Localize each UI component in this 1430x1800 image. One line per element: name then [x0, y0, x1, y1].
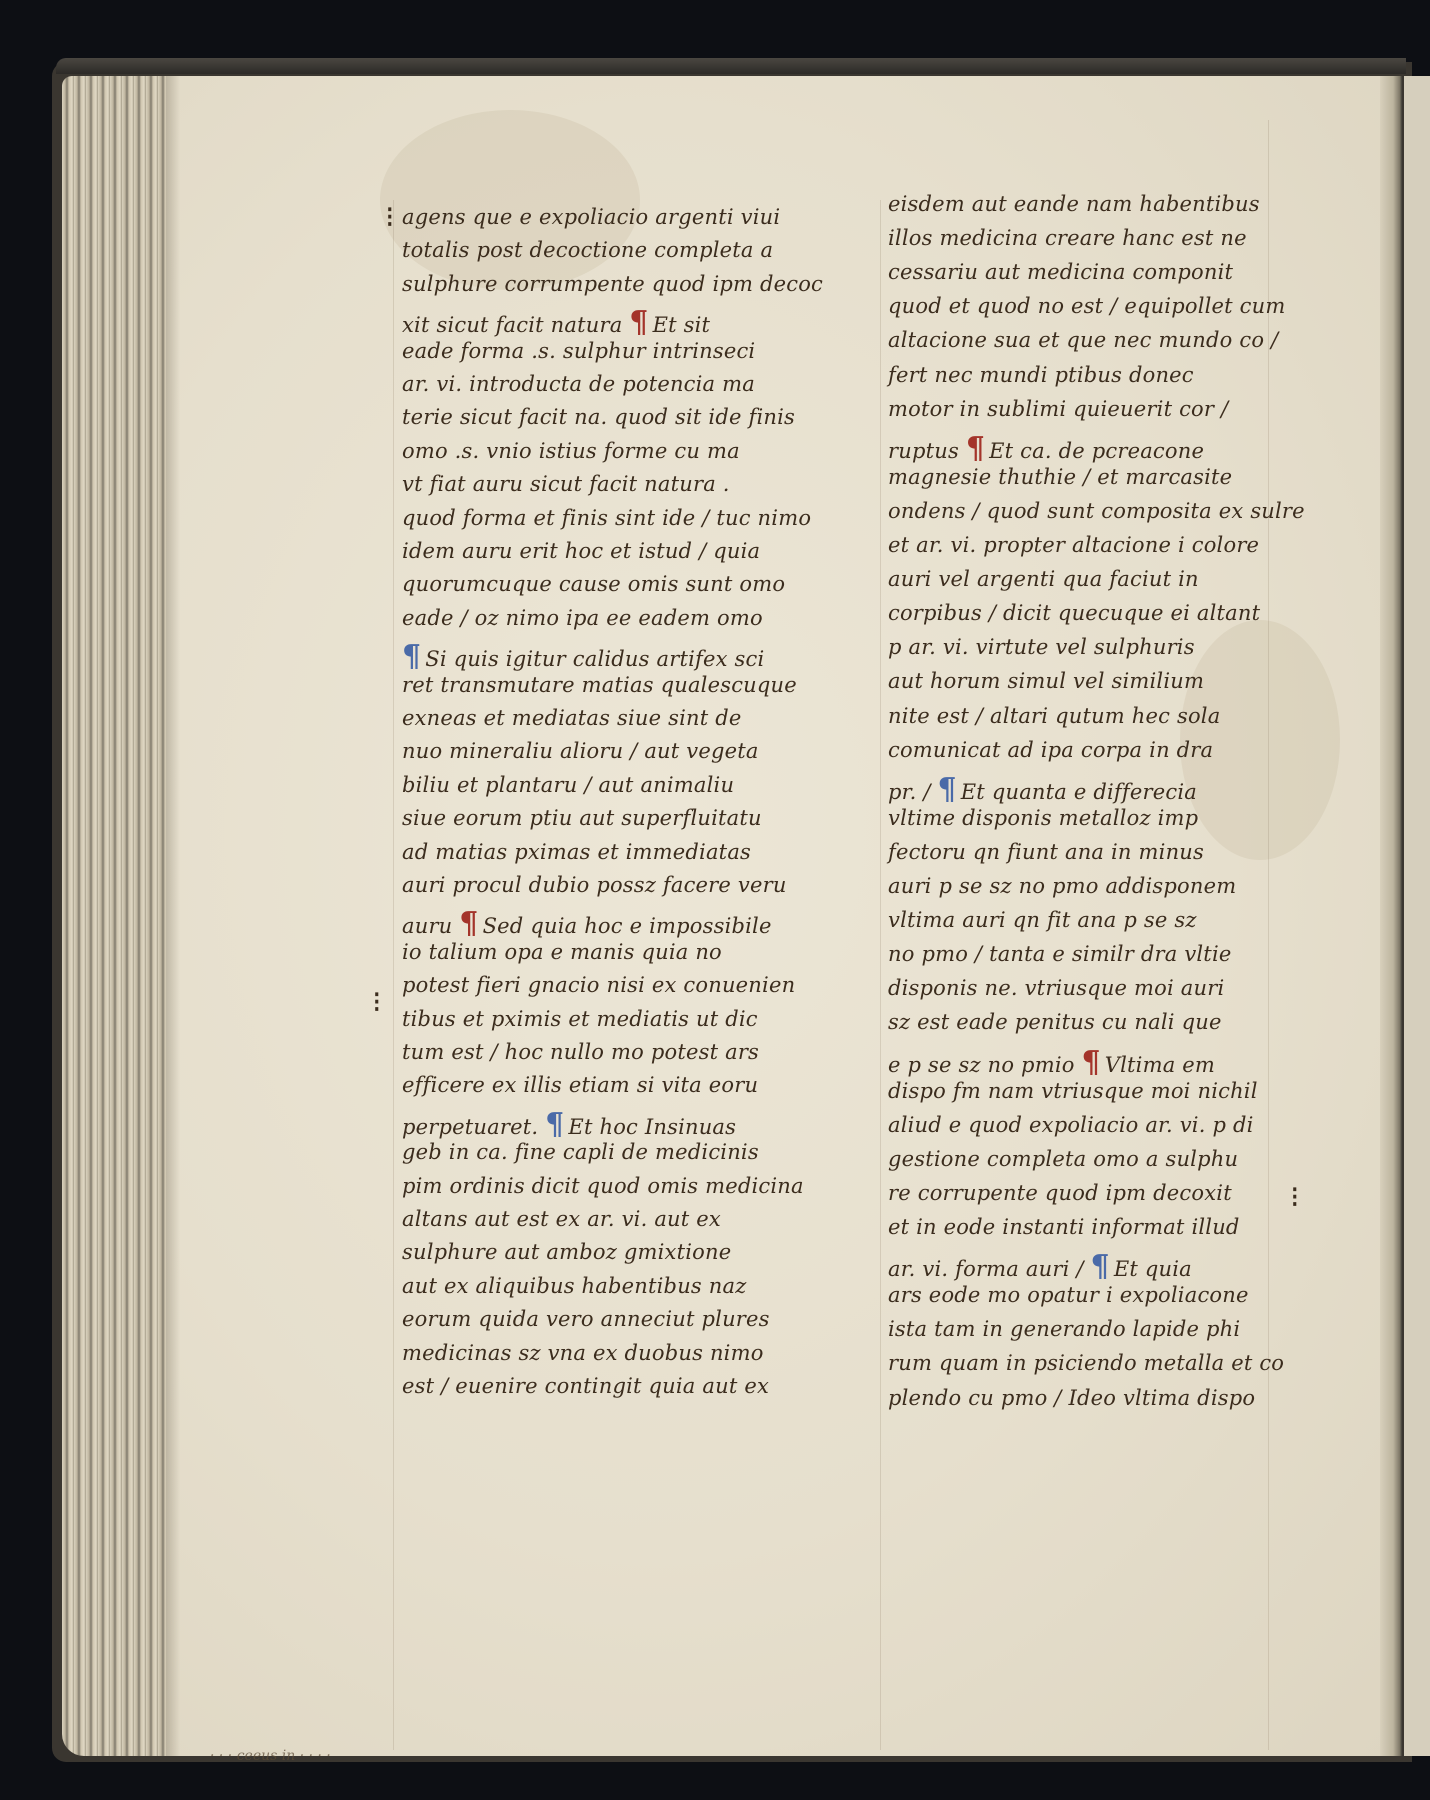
line-text: tum est / hoc nullo mo potest ars	[402, 1040, 759, 1064]
line-text: eisdem aut eande nam habentibus	[888, 192, 1260, 216]
line-text: sulphure aut amboz gmixtione	[402, 1240, 731, 1264]
line-text: efficere ex illis etiam si vita eoru	[402, 1073, 758, 1097]
line-text: altacione sua et que nec mundo co /	[888, 328, 1278, 352]
line-text: illos medicina creare hanc est ne	[888, 226, 1247, 250]
manuscript-line: pim ordinis dicit quod omis medicina	[402, 1174, 804, 1198]
manuscript-line: ad matias pximas et immediatas	[402, 840, 751, 864]
manuscript-line: tibus et pximis et mediatis ut dic	[402, 1007, 758, 1031]
line-text: ista tam in generando lapide phi	[888, 1317, 1240, 1341]
manuscript-line: biliu et plantaru / aut animaliu	[402, 773, 734, 797]
manuscript-line: pr. / ¶Et quanta e differecia	[888, 772, 1197, 807]
manuscript-line: aut ex aliquibus habentibus naz	[402, 1274, 747, 1298]
manuscript-line: auru ¶Sed quia hoc e impossibile	[402, 906, 772, 941]
manuscript-line: efficere ex illis etiam si vita eoru	[402, 1073, 758, 1097]
margin-mark-icon: ⁝	[385, 200, 395, 235]
line-text: disponis ne. vtriusque moi auri	[888, 976, 1224, 1000]
line-text: et ar. vi. propter altacione i colore	[888, 533, 1259, 557]
manuscript-line: potest fieri gnacio nisi ex conuenien	[402, 973, 795, 997]
line-text: comunicat ad ipa corpa in dra	[888, 738, 1213, 762]
line-text: corpibus / dicit quecuque ei altant	[888, 601, 1260, 625]
line-text: auri p se sz no pmo addisponem	[888, 874, 1236, 898]
manuscript-line: aliud e quod expoliacio ar. vi. p di	[888, 1113, 1254, 1137]
line-text: ondens / quod sunt composita ex sulre	[888, 499, 1305, 523]
ruling-line	[1268, 120, 1269, 1750]
line-text: quod forma et finis sint ide / tuc nimo	[402, 506, 811, 530]
line-text: auri procul dubio possz facere veru	[402, 873, 787, 897]
rubric-text: Et sit	[653, 313, 711, 337]
rubric-text: Et quia	[1114, 1257, 1192, 1281]
page-shadow	[166, 76, 180, 1756]
manuscript-line: exneas et mediatas siue sint de	[402, 706, 742, 730]
line-text: nite est / altari qutum hec sola	[888, 704, 1220, 728]
manuscript-line: nite est / altari qutum hec sola	[888, 704, 1220, 728]
manuscript-line: rum quam in psiciendo metalla et co	[888, 1351, 1284, 1375]
line-text: altans aut est ex ar. vi. aut ex	[402, 1207, 721, 1231]
manuscript-line: idem auru erit hoc et istud / quia	[402, 539, 760, 563]
manuscript-line: cessariu aut medicina componit	[888, 260, 1233, 284]
manuscript-line: comunicat ad ipa corpa in dra	[888, 738, 1213, 762]
line-text: gestione completa omo a sulphu	[888, 1147, 1238, 1171]
ruling-line	[880, 200, 881, 1750]
cover-top-edge	[56, 58, 1406, 74]
line-text: ars eode mo opatur i expoliacone	[888, 1283, 1249, 1307]
manuscript-line: eisdem aut eande nam habentibus	[888, 192, 1260, 216]
margin-mark-icon: ⁝	[372, 985, 382, 1020]
manuscript-line: sulphure corrumpente quod ipm decoc	[402, 272, 823, 296]
manuscript-line: ars eode mo opatur i expoliacone	[888, 1283, 1249, 1307]
line-text: auri vel argenti qua faciut in	[888, 567, 1199, 591]
manuscript-line: no pmo / tanta e similr dra vltie	[888, 942, 1231, 966]
line-text: medicinas sz vna ex duobus nimo	[402, 1341, 764, 1365]
line-text: vltima auri qn fit ana p se sz	[888, 908, 1197, 932]
manuscript-line: io talium opa e manis quia no	[402, 940, 722, 964]
manuscript-line: altacione sua et que nec mundo co /	[888, 328, 1278, 352]
line-text: e p se sz no pmio	[888, 1053, 1081, 1077]
manuscript-line: ista tam in generando lapide phi	[888, 1317, 1240, 1341]
manuscript-line: tum est / hoc nullo mo potest ars	[402, 1040, 759, 1064]
line-text: perpetuaret.	[402, 1115, 545, 1139]
page-stack-edge	[62, 76, 170, 1756]
ruling-line	[393, 200, 394, 1750]
blue-pilcrow-icon: ¶	[937, 772, 956, 807]
line-text: vltime disponis metalloz imp	[888, 806, 1198, 830]
manuscript-line: corpibus / dicit quecuque ei altant	[888, 601, 1260, 625]
manuscript-line: xit sicut facit natura ¶Et sit	[402, 305, 710, 340]
line-text: no pmo / tanta e similr dra vltie	[888, 942, 1231, 966]
line-text: idem auru erit hoc et istud / quia	[402, 539, 760, 563]
manuscript-line: et in eode instanti informat illud	[888, 1215, 1240, 1239]
line-text: ad matias pximas et immediatas	[402, 840, 751, 864]
manuscript-line: altans aut est ex ar. vi. aut ex	[402, 1207, 721, 1231]
manuscript-line: auri vel argenti qua faciut in	[888, 567, 1199, 591]
line-text: et in eode instanti informat illud	[888, 1215, 1240, 1239]
parchment-stain	[380, 110, 640, 290]
manuscript-line: sulphure aut amboz gmixtione	[402, 1240, 731, 1264]
manuscript-line: et ar. vi. propter altacione i colore	[888, 533, 1259, 557]
line-text: rum quam in psiciendo metalla et co	[888, 1351, 1284, 1375]
line-text: eade / oz nimo ipa ee eadem omo	[402, 606, 763, 630]
manuscript-line: ar. vi. forma auri / ¶Et quia	[888, 1249, 1192, 1284]
binding-gutter	[1380, 76, 1402, 1756]
facing-page-edge	[1404, 76, 1430, 1756]
manuscript-line: e p se sz no pmio ¶Vltima em	[888, 1045, 1215, 1080]
red-pilcrow-icon: ¶	[459, 906, 478, 941]
blue-pilcrow-icon: ¶	[402, 639, 421, 674]
rubric-text: Si quis igitur calidus artifex sci	[425, 647, 764, 671]
manuscript-line: auri procul dubio possz facere veru	[402, 873, 787, 897]
manuscript-line: vltima auri qn fit ana p se sz	[888, 908, 1197, 932]
manuscript-line: agens que e expoliacio argenti viui	[402, 205, 780, 229]
manuscript-line: ret transmutare matias qualescuque	[402, 673, 797, 697]
line-text: fectoru qn fiunt ana in minus	[888, 840, 1204, 864]
line-text: vt fiat auru sicut facit natura .	[402, 472, 730, 496]
manuscript-line: plendo cu pmo / Ideo vltima dispo	[888, 1386, 1255, 1410]
line-text: sz est eade penitus cu nali que	[888, 1010, 1222, 1034]
line-text: motor in sublimi quieuerit cor /	[888, 397, 1228, 421]
line-text: exneas et mediatas siue sint de	[402, 706, 742, 730]
line-text: quod et quod no est / equipollet cum	[888, 294, 1285, 318]
line-text: pim ordinis dicit quod omis medicina	[402, 1174, 804, 1198]
manuscript-line: geb in ca. fine capli de medicinis	[402, 1140, 759, 1164]
manuscript-line: quod et quod no est / equipollet cum	[888, 294, 1285, 318]
manuscript-line: gestione completa omo a sulphu	[888, 1147, 1238, 1171]
line-text: aut horum simul vel similium	[888, 669, 1204, 693]
manuscript-line: quod forma et finis sint ide / tuc nimo	[402, 506, 811, 530]
manuscript-line: vltime disponis metalloz imp	[888, 806, 1198, 830]
line-text: cessariu aut medicina componit	[888, 260, 1233, 284]
manuscript-line: eorum quida vero anneciut plures	[402, 1307, 770, 1331]
manuscript-line: sz est eade penitus cu nali que	[888, 1010, 1222, 1034]
manuscript-line: disponis ne. vtriusque moi auri	[888, 976, 1224, 1000]
line-text: plendo cu pmo / Ideo vltima dispo	[888, 1386, 1255, 1410]
rubric-text: Et quanta e differecia	[961, 780, 1197, 804]
manuscript-line: fert nec mundi ptibus donec	[888, 363, 1194, 387]
manuscript-line: fectoru qn fiunt ana in minus	[888, 840, 1204, 864]
line-text: eorum quida vero anneciut plures	[402, 1307, 770, 1331]
manuscript-line: ondens / quod sunt composita ex sulre	[888, 499, 1305, 523]
line-text: auru	[402, 914, 459, 938]
manuscript-line: nuo mineraliu alioru / aut vegeta	[402, 739, 759, 763]
manuscript-line: aut horum simul vel similium	[888, 669, 1204, 693]
line-text: biliu et plantaru / aut animaliu	[402, 773, 734, 797]
line-text: sulphure corrumpente quod ipm decoc	[402, 272, 823, 296]
manuscript-line: auri p se sz no pmo addisponem	[888, 874, 1236, 898]
line-text: terie sicut facit na. quod sit ide finis	[402, 405, 795, 429]
manuscript-line: re corrupente quod ipm decoxit	[888, 1181, 1232, 1205]
manuscript-line: vt fiat auru sicut facit natura .	[402, 472, 730, 496]
manuscript-line: eade forma .s. sulphur intrinseci	[402, 339, 755, 363]
manuscript-line: siue eorum ptiu aut superfluitatu	[402, 806, 762, 830]
red-pilcrow-icon: ¶	[1081, 1045, 1100, 1080]
manuscript-line: ¶Si quis igitur calidus artifex sci	[402, 639, 764, 674]
rubric-text: Vltima em	[1105, 1053, 1215, 1077]
line-text: ruptus	[888, 439, 966, 463]
line-text: xit sicut facit natura	[402, 313, 629, 337]
line-text: totalis post decoctione completa a	[402, 238, 773, 262]
rubric-text: Et ca. de pcreacone	[989, 439, 1204, 463]
line-text: io talium opa e manis quia no	[402, 940, 722, 964]
manuscript-line: p ar. vi. virtute vel sulphuris	[888, 635, 1195, 659]
line-text: aut ex aliquibus habentibus naz	[402, 1274, 747, 1298]
manuscript-line: quorumcuque cause omis sunt omo	[402, 572, 785, 596]
line-text: ar. vi. introducta de potencia ma	[402, 372, 755, 396]
manuscript-line: illos medicina creare hanc est ne	[888, 226, 1247, 250]
manuscript-line: omo .s. vnio istius forme cu ma	[402, 439, 740, 463]
line-text: dispo fm nam vtriusque moi nichil	[888, 1079, 1258, 1103]
line-text: pr. /	[888, 780, 937, 804]
line-text: tibus et pximis et mediatis ut dic	[402, 1007, 758, 1031]
line-text: potest fieri gnacio nisi ex conuenien	[402, 973, 795, 997]
line-text: geb in ca. fine capli de medicinis	[402, 1140, 759, 1164]
line-text: siue eorum ptiu aut superfluitatu	[402, 806, 762, 830]
rubric-text: Sed quia hoc e impossibile	[483, 914, 772, 938]
manuscript-line: magnesie thuthie / et marcasite	[888, 465, 1232, 489]
manuscript-line: est / euenire contingit quia aut ex	[402, 1374, 769, 1398]
line-text: ret transmutare matias qualescuque	[402, 673, 797, 697]
manuscript-line: terie sicut facit na. quod sit ide finis	[402, 405, 795, 429]
manuscript-line: medicinas sz vna ex duobus nimo	[402, 1341, 764, 1365]
line-text: fert nec mundi ptibus donec	[888, 363, 1194, 387]
line-text: est / euenire contingit quia aut ex	[402, 1374, 769, 1398]
manuscript-line: ruptus ¶Et ca. de pcreacone	[888, 431, 1204, 466]
line-text: quorumcuque cause omis sunt omo	[402, 572, 785, 596]
line-text: aliud e quod expoliacio ar. vi. p di	[888, 1113, 1254, 1137]
blue-pilcrow-icon: ¶	[1091, 1249, 1110, 1284]
manuscript-line: dispo fm nam vtriusque moi nichil	[888, 1079, 1258, 1103]
red-pilcrow-icon: ¶	[966, 431, 985, 466]
manuscript-line: eade / oz nimo ipa ee eadem omo	[402, 606, 763, 630]
blue-pilcrow-icon: ¶	[545, 1107, 564, 1142]
manuscript-line: totalis post decoctione completa a	[402, 238, 773, 262]
line-text: magnesie thuthie / et marcasite	[888, 465, 1232, 489]
line-text: p ar. vi. virtute vel sulphuris	[888, 635, 1195, 659]
line-text: omo .s. vnio istius forme cu ma	[402, 439, 740, 463]
bottom-edge-text: · · · ceeus in · · · ·	[210, 1748, 331, 1764]
manuscript-line: motor in sublimi quieuerit cor /	[888, 397, 1228, 421]
line-text: re corrupente quod ipm decoxit	[888, 1181, 1232, 1205]
manuscript-line: perpetuaret. ¶Et hoc Insinuas	[402, 1107, 736, 1142]
rubric-text: Et hoc Insinuas	[568, 1115, 736, 1139]
line-text: nuo mineraliu alioru / aut vegeta	[402, 739, 759, 763]
manuscript-line: ar. vi. introducta de potencia ma	[402, 372, 755, 396]
margin-mark-icon: ⁝	[1290, 1180, 1300, 1215]
red-pilcrow-icon: ¶	[629, 305, 648, 340]
line-text: agens que e expoliacio argenti viui	[402, 205, 780, 229]
line-text: ar. vi. forma auri /	[888, 1257, 1091, 1281]
line-text: eade forma .s. sulphur intrinseci	[402, 339, 755, 363]
